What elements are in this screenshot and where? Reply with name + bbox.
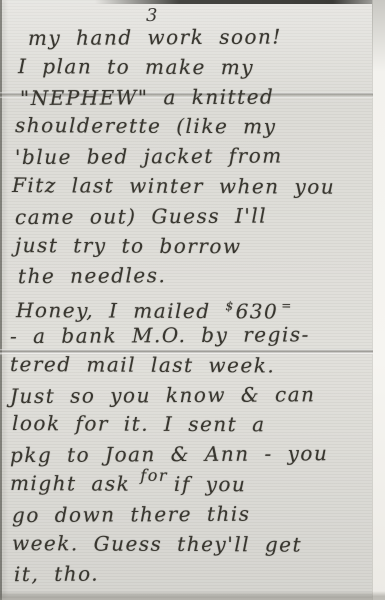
handwriting-line: go down there this xyxy=(12,499,373,531)
letter-body: my hand work soon! I plan to make my "NE… xyxy=(0,23,373,589)
insertion-line-pre: might ask xyxy=(10,471,130,496)
handwriting-line: the needles. xyxy=(18,260,373,292)
handwriting-line: look for it. I sent a xyxy=(12,409,373,441)
handwriting-line: tered mail last week. xyxy=(10,350,373,382)
handwriting-line-with-insertion: might askforif you xyxy=(10,469,373,501)
handwriting-line: Just so you know & can xyxy=(10,379,373,411)
handwriting-line: my hand work soon! xyxy=(28,22,373,54)
handwriting-line: - a bank M.O. by regis- xyxy=(10,320,373,352)
scan-edge-top xyxy=(95,0,375,4)
money-line-text: Honey, I mailed xyxy=(16,298,226,323)
paper-edge-bottom xyxy=(0,591,385,600)
handwriting-line: Fitz last winter when you xyxy=(12,171,373,203)
handwriting-line: "NEPHEW" a knitted xyxy=(20,82,373,114)
letter-page: 3 my hand work soon! I plan to make my "… xyxy=(0,0,385,600)
handwriting-line: came out) Guess I'll xyxy=(15,201,373,233)
handwriting-line: shoulderette (like my xyxy=(15,111,373,143)
handwriting-line: I plan to make my xyxy=(18,52,373,84)
handwriting-line: 'blue bed jacket from xyxy=(15,141,373,173)
handwriting-line: it, tho. xyxy=(14,558,373,590)
dollar-sign-mark: $ xyxy=(225,299,234,313)
handwriting-line: just try to borrow xyxy=(15,231,373,263)
cents-dash-mark: = xyxy=(281,299,291,313)
insertion-line-post: if you xyxy=(174,472,247,496)
inserted-word-above-line: for xyxy=(140,461,168,491)
handwriting-line: week. Guess they'll get xyxy=(12,529,373,561)
handwriting-line: pkg to Joan & Ann - you xyxy=(10,439,373,471)
handwriting-line-money-order: Honey, I mailed $630= xyxy=(16,290,373,322)
paper-edge-right xyxy=(372,0,385,600)
